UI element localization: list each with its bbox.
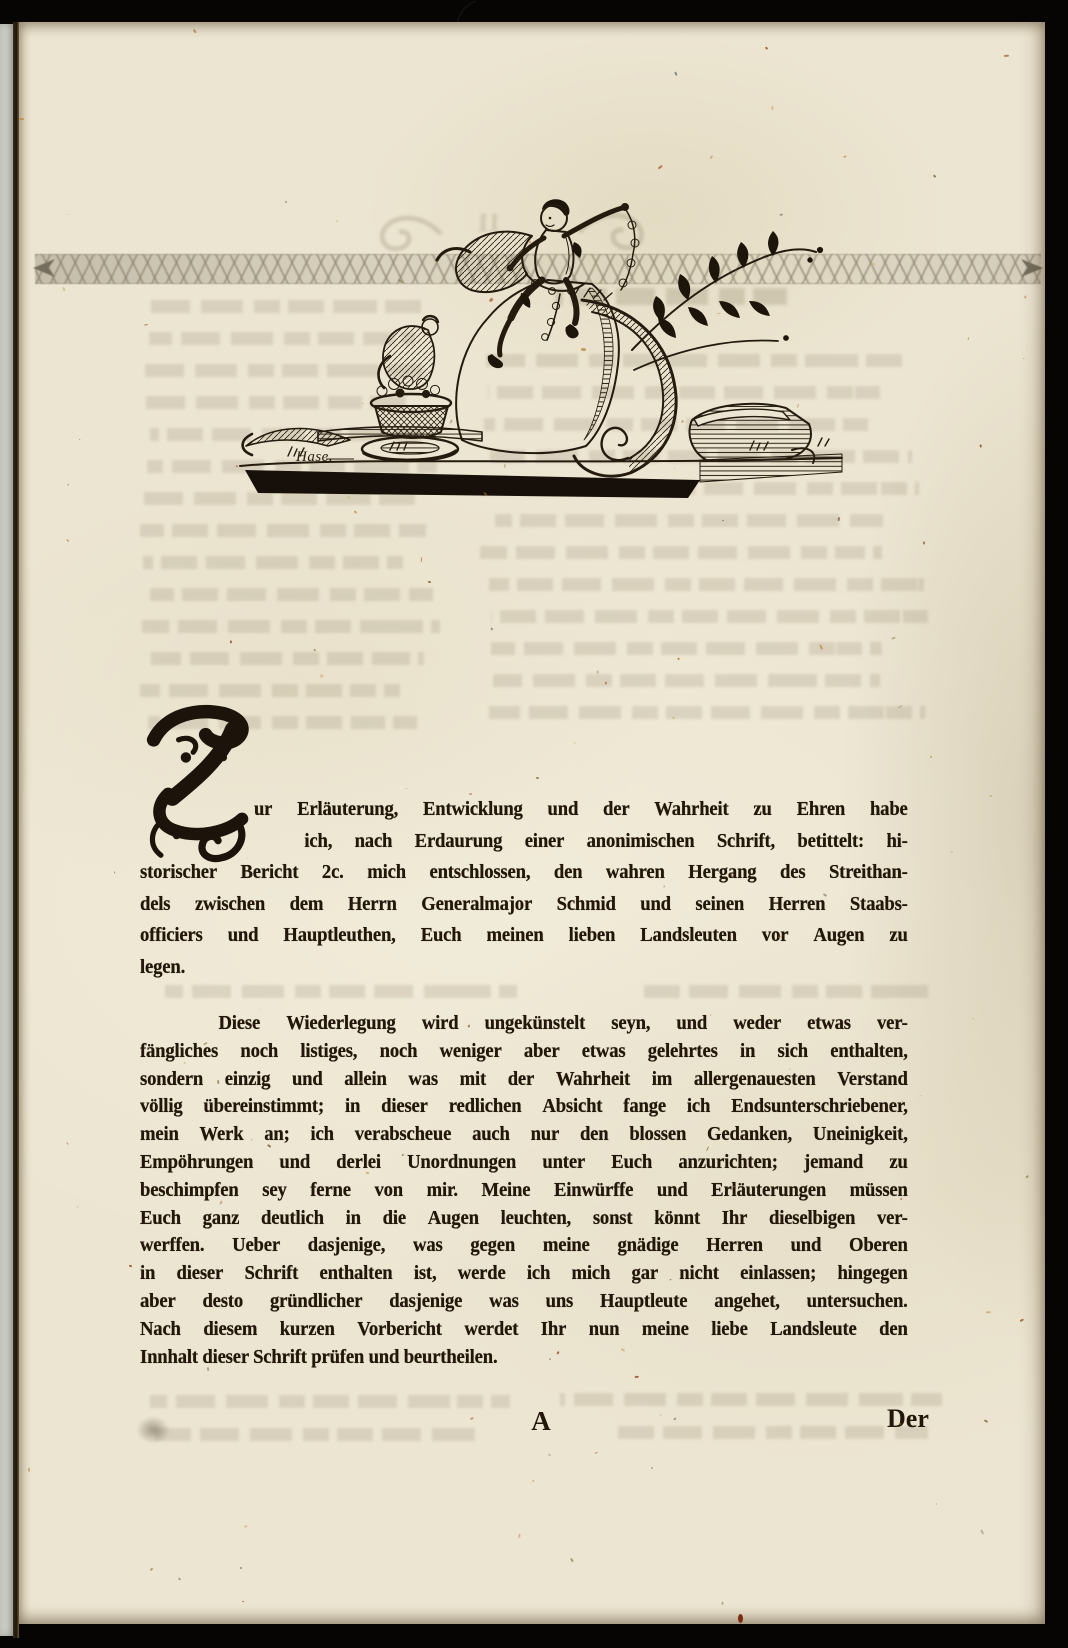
paragraph-2: DieseWiederlegungwirdungekünsteltseyn,un… [140, 1012, 908, 1373]
text-line: beschimpfenseyfernevonmir.MeineEinwürffe… [140, 1179, 908, 1207]
text-line: werffen.Ueberdasjenige,wasgegenmeinegnäd… [140, 1234, 908, 1262]
page-stack-edge [0, 24, 13, 1636]
text-line: indieserSchriftenthaltenist,werdeichmich… [140, 1262, 908, 1290]
text-line: sonderneinzigundalleinwasmitderWahrheiti… [140, 1068, 908, 1096]
text-line: ich,nachErdaurungeineranonimischenSchrif… [140, 830, 908, 862]
text-line: officiersundHauptleuthen,Euchmeinenliebe… [140, 924, 908, 956]
text-line: völligübereinstimmt;indieserredlichenAbs… [140, 1095, 908, 1123]
signature-mark: A [511, 1406, 571, 1437]
woodcut-vignette: Hase. [230, 188, 850, 510]
artist-signature: Hase. [295, 449, 333, 465]
text-line: Innhalt dieser Schrift prüfen und beurth… [140, 1346, 908, 1374]
text-line: DieseWiederlegungwirdungekünsteltseyn,un… [140, 1012, 908, 1040]
text-line: delszwischendemHerrnGeneralmajorSchmidun… [140, 893, 908, 925]
text-line: fänglichesnochlistiges,nochwenigeraberet… [140, 1040, 908, 1068]
text-line: aberdestogründlicherdasjenigewasunsHaupt… [140, 1290, 908, 1318]
text-line: urErläuterung,EntwicklungundderWahrheitz… [140, 798, 908, 830]
text-line: meinWerkan;ichverabscheueauchnurdenbloss… [140, 1123, 908, 1151]
paper-blemish [738, 1614, 743, 1623]
text-line: legen. [140, 956, 908, 988]
text-line: EmpöhrungenundderleiUnordnungenunterEuch… [140, 1151, 908, 1179]
scanned-book-page: 11 [0, 0, 1068, 1648]
paragraph-1: urErläuterung,EntwicklungundderWahrheitz… [140, 798, 908, 987]
text-line: EuchganzdeutlichindieAugenleuchten,sonst… [140, 1207, 908, 1235]
book-page: 11 [19, 22, 1045, 1624]
text-line: storischerBericht2c.michentschlossen,den… [140, 861, 908, 893]
catchword: Der [887, 1404, 929, 1434]
text-line: NachdiesemkurzenVorberichtwerdetIhrnunme… [140, 1318, 908, 1346]
